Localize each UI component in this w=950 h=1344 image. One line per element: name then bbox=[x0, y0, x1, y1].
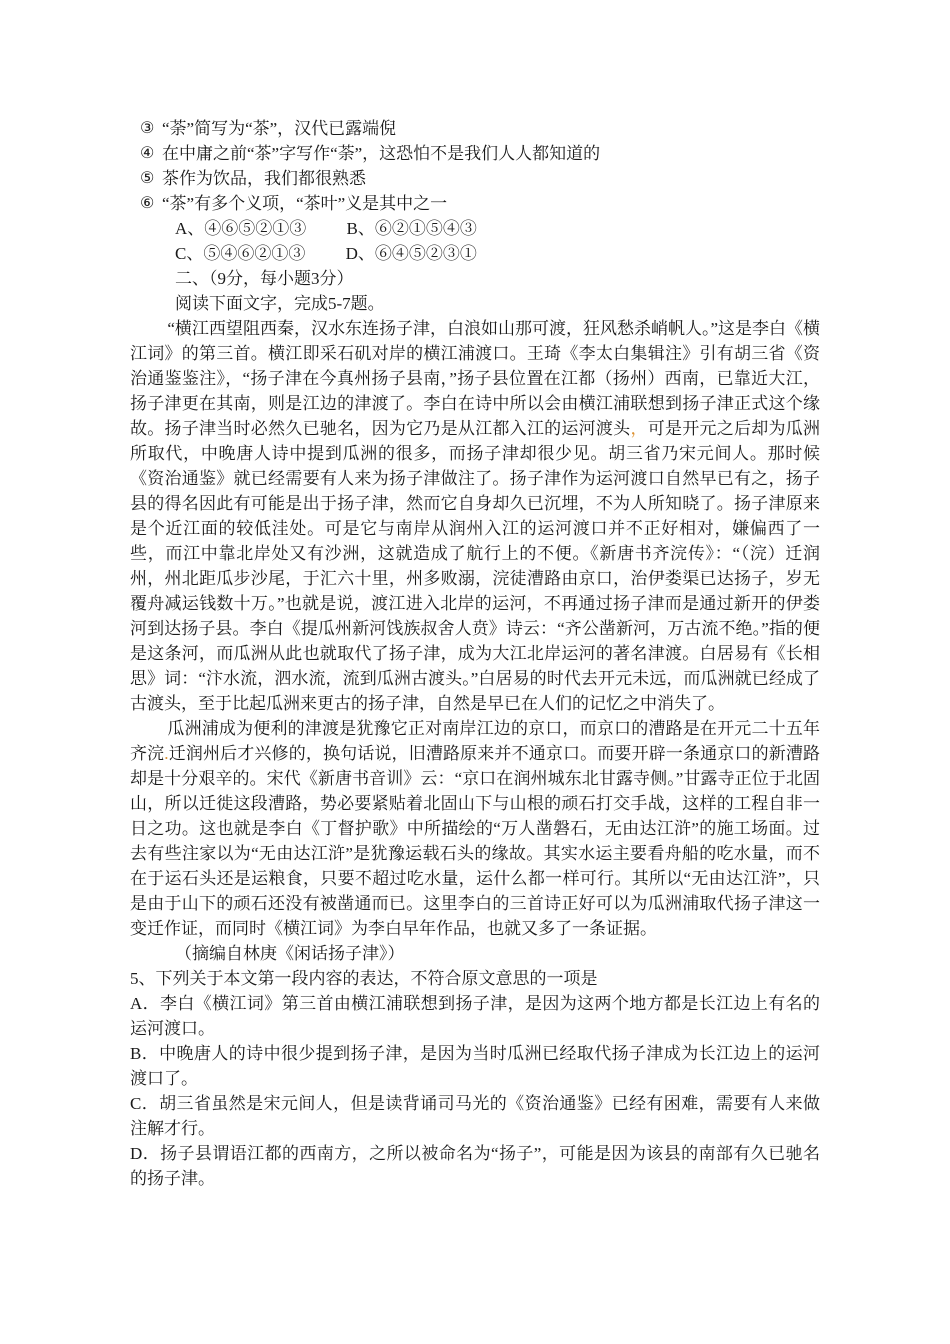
paragraph-2-text-continued: 迁润州后才兴修的，换句话说，旧漕路原来并不通京口。而要开辟一条通京口的新漕路却是… bbox=[130, 744, 820, 938]
tea-item-text: 在中庸之前“茶”字写作“荼”，这恐怕不是我们人人都知道的 bbox=[162, 141, 820, 166]
choice-d: D、⑥④⑤②③① bbox=[346, 241, 477, 266]
question-5-option-c: C．胡三省虽然是宋元间人，但是读背诵司马光的《资治通鉴》已经有困难，需要有人来做… bbox=[130, 1091, 820, 1141]
circled-number-6: ⑥ bbox=[130, 191, 162, 216]
circled-number-4: ④ bbox=[130, 141, 162, 166]
tea-item-6: ⑥ “茶”有多个义项，“茶叶”义是其中之一 bbox=[130, 191, 820, 216]
choice-c: C、⑤④⑥②①③ bbox=[175, 241, 305, 266]
passage-paragraph-2: 瓜洲浦成为便利的津渡是犹豫它正对南岸江边的京口，而京口的漕路是在开元二十五年齐浣… bbox=[130, 716, 820, 941]
question-5-option-b: B．中晚唐人的诗中很少提到扬子津，是因为当时瓜洲已经取代扬子津成为长江边上的运河… bbox=[130, 1041, 820, 1091]
section-heading: 二、（9分，每小题3分） bbox=[175, 266, 820, 291]
tea-item-text: “茶”有多个义项，“茶叶”义是其中之一 bbox=[162, 191, 820, 216]
question-5-option-d: D．扬子县谓语江都的西南方，之所以被命名为“扬子”，可能是因为该县的南部有久已驰… bbox=[130, 1141, 820, 1191]
document-content: ③ “荼”简写为“茶”，汉代已露端倪 ④ 在中庸之前“茶”字写作“荼”，这恐怕不… bbox=[130, 116, 820, 1191]
option-d-label: D． bbox=[130, 1144, 160, 1163]
circled-number-3: ③ bbox=[130, 116, 162, 141]
option-b-text: 中晚唐人的诗中很少提到扬子津，是因为当时瓜洲已经取代扬子津成为长江边上的运河渡口… bbox=[130, 1044, 820, 1088]
choice-b: B、⑥②①⑤④③ bbox=[347, 216, 477, 241]
choice-row-cd: C、⑤④⑥②①③ D、⑥④⑤②③① bbox=[175, 241, 820, 266]
choice-a: A、④⑥⑤②①③ bbox=[175, 216, 306, 241]
option-b-label: B． bbox=[130, 1044, 159, 1063]
tea-item-3: ③ “荼”简写为“茶”，汉代已露端倪 bbox=[130, 116, 820, 141]
question-5-stem: 5、下列关于本文第一段内容的表达，不符合原文意思的一项是 bbox=[130, 966, 820, 991]
question-5-option-a: A．李白《横江词》第三首由横江浦联想到扬子津，是因为这两个地方都是长江边上有名的… bbox=[130, 991, 820, 1041]
option-a-label: A． bbox=[130, 994, 160, 1013]
passage-source: （摘编自林庚《闲话扬子津》） bbox=[175, 941, 820, 966]
circled-number-5: ⑤ bbox=[130, 166, 162, 191]
tea-item-5: ⑤ 茶作为饮品，我们都很熟悉 bbox=[130, 166, 820, 191]
exam-document-page: ③ “荼”简写为“茶”，汉代已露端倪 ④ 在中庸之前“茶”字写作“荼”，这恐怕不… bbox=[0, 0, 950, 1344]
orange-comma-mark: ， bbox=[630, 419, 647, 438]
option-c-label: C． bbox=[130, 1094, 159, 1113]
reading-instruction: 阅读下面文字，完成5-7题。 bbox=[175, 291, 820, 316]
tea-item-text: 茶作为饮品，我们都很熟悉 bbox=[162, 166, 820, 191]
paragraph-1-text-continued: 可是开元之后却为瓜洲所取代，中晚唐人诗中提到瓜洲的很多，而扬子津却很少见。胡三省… bbox=[130, 419, 820, 713]
passage-paragraph-1: “横江西望阻西秦，汉水东连扬子津，白浪如山那可渡，狂风愁杀峭帆人。”这是李白《横… bbox=[130, 316, 820, 716]
tea-item-text: “荼”简写为“茶”，汉代已露端倪 bbox=[162, 116, 820, 141]
option-c-text: 胡三省虽然是宋元间人，但是读背诵司马光的《资治通鉴》已经有困难，需要有人来做注解… bbox=[130, 1094, 820, 1138]
choice-row-ab: A、④⑥⑤②①③ B、⑥②①⑤④③ bbox=[175, 216, 820, 241]
option-a-text: 李白《横江词》第三首由横江浦联想到扬子津，是因为这两个地方都是长江边上有名的运河… bbox=[130, 994, 820, 1038]
tea-item-4: ④ 在中庸之前“茶”字写作“荼”，这恐怕不是我们人人都知道的 bbox=[130, 141, 820, 166]
option-d-text: 扬子县谓语江都的西南方，之所以被命名为“扬子”，可能是因为该县的南部有久已驰名的… bbox=[130, 1144, 820, 1188]
